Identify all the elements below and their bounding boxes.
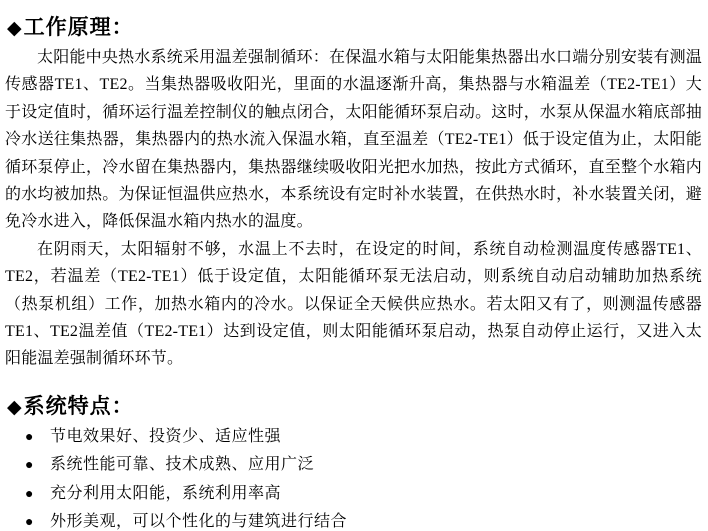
feature-text: 充分利用太阳能，系统利用率高 — [50, 480, 281, 507]
feature-list: ● 节电效果好、投资少、适应性强 ● 系统性能可靠、技术成熟、应用广泛 ● 充分… — [5, 423, 702, 531]
list-item: ● 系统性能可靠、技术成熟、应用广泛 — [5, 451, 702, 479]
section-heading-working-principle: ◆工作原理： — [7, 15, 702, 41]
circle-bullet-icon: ● — [25, 452, 50, 479]
list-item: ● 节电效果好、投资少、适应性强 — [5, 423, 702, 451]
feature-text: 节电效果好、投资少、适应性强 — [50, 423, 281, 450]
list-item: ● 充分利用太阳能，系统利用率高 — [5, 480, 702, 508]
heading-text-system-features: 系统特点： — [24, 394, 134, 418]
section-heading-system-features: ◆系统特点： — [7, 394, 702, 420]
circle-bullet-icon: ● — [25, 481, 50, 508]
document-page: ◆工作原理： 太阳能中央热水系统采用温差强制循环：在保温水箱与太阳能集热器出水口… — [0, 0, 708, 531]
diamond-bullet-icon: ◆ — [7, 18, 23, 39]
feature-text: 外形美观，可以个性化的与建筑进行结合 — [50, 508, 347, 531]
heading-text-working-principle: 工作原理： — [24, 15, 134, 39]
circle-bullet-icon: ● — [25, 509, 50, 531]
paragraph-working-principle-1: 太阳能中央热水系统采用温差强制循环：在保温水箱与太阳能集热器出水口端分别安装有测… — [5, 44, 702, 236]
list-item: ● 外形美观，可以个性化的与建筑进行结合 — [5, 508, 702, 531]
paragraph-working-principle-2: 在阴雨天，太阳辐射不够，水温上不去时，在设定的时间，系统自动检测温度传感器TE1… — [5, 236, 702, 373]
feature-text: 系统性能可靠、技术成熟、应用广泛 — [50, 451, 314, 478]
diamond-bullet-icon: ◆ — [7, 397, 23, 418]
circle-bullet-icon: ● — [25, 424, 50, 451]
